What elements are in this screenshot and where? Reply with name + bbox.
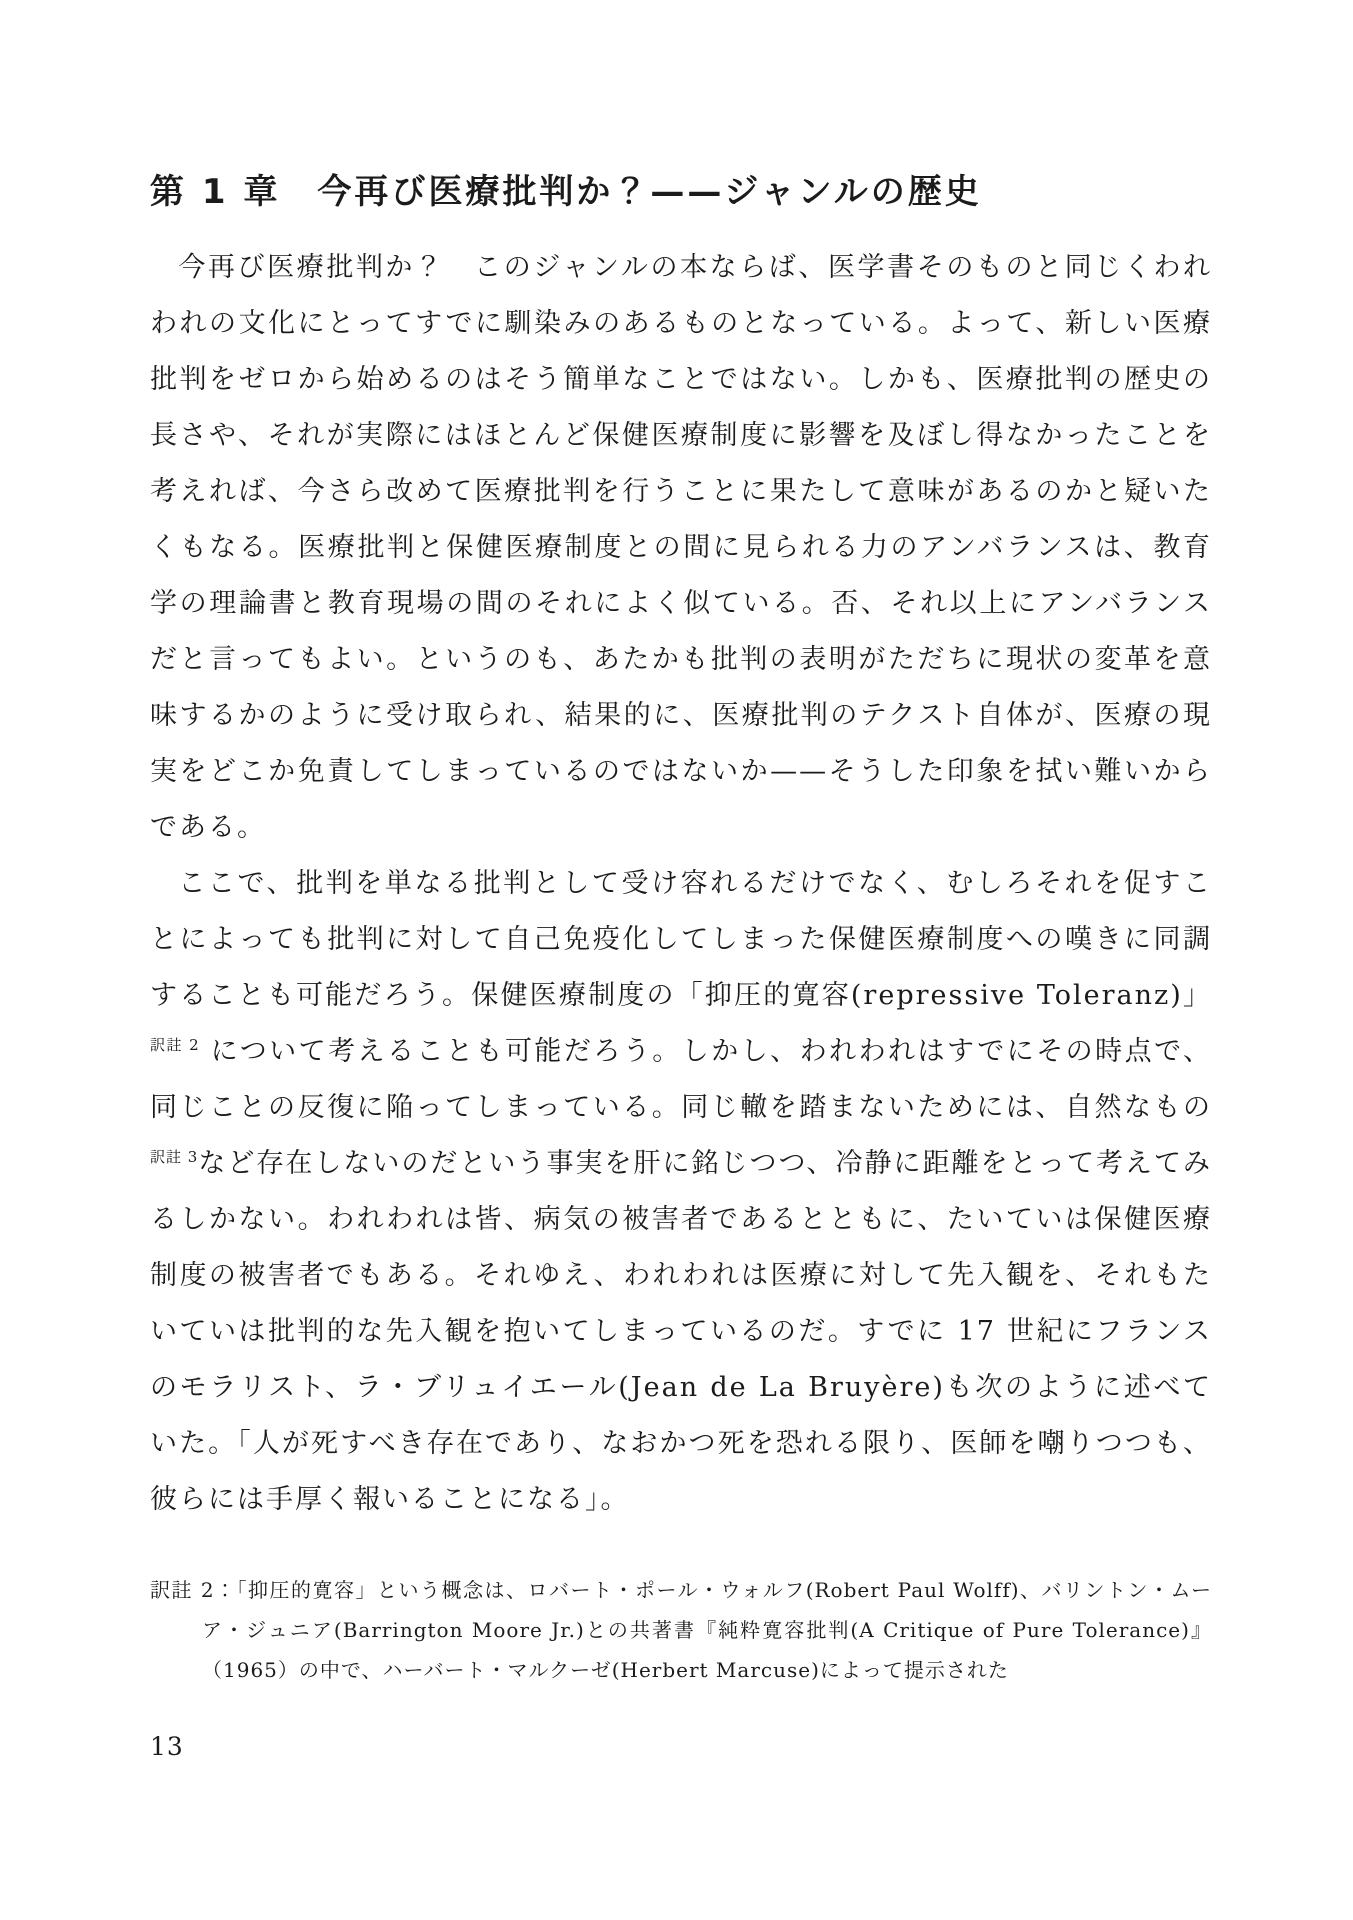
paragraph-2-part-2: について考えることも可能だろう。しかし、われわれはすでにその時点で、同じことの反…: [150, 1036, 1212, 1123]
chapter-title: 第 1 章 今再び医療批判か？——ジャンルの歴史: [150, 170, 1212, 214]
footnote-ref-2: 訳註 2: [150, 1036, 200, 1054]
body-text: 今再び医療批判か？ このジャンルの本ならば、医学書そのものと同じくわれわれの文化…: [150, 240, 1212, 1528]
paragraph-2: ここで、批判を単なる批判として受け容れるだけでなく、むしろそれを促すことによって…: [150, 856, 1212, 1528]
footnote-label: 訳註 2：: [150, 1578, 237, 1602]
footnote-ref-3: 訳註 3: [150, 1148, 198, 1166]
translator-footnote: 訳註 2：「抑圧的寛容」という概念は、ロバート・ポール・ウォルフ(Robert …: [150, 1570, 1212, 1690]
paragraph-1: 今再び医療批判か？ このジャンルの本ならば、医学書そのものと同じくわれわれの文化…: [150, 240, 1212, 856]
footnote-text: 「抑圧的寛容」という概念は、ロバート・ポール・ウォルフ(Robert Paul …: [202, 1578, 1212, 1682]
book-page: 第 1 章 今再び医療批判か？——ジャンルの歴史 今再び医療批判か？ このジャン…: [0, 0, 1353, 1920]
paragraph-2-part-1: ここで、批判を単なる批判として受け容れるだけでなく、むしろそれを促すことによって…: [150, 868, 1212, 1011]
text-block: 第 1 章 今再び医療批判か？——ジャンルの歴史 今再び医療批判か？ このジャン…: [0, 0, 1353, 1690]
paragraph-2-part-3: など存在しないのだという事実を肝に銘じつつ、冷静に距離をとって考えてみるしかない…: [150, 1148, 1212, 1515]
page-number: 13: [150, 1732, 184, 1761]
